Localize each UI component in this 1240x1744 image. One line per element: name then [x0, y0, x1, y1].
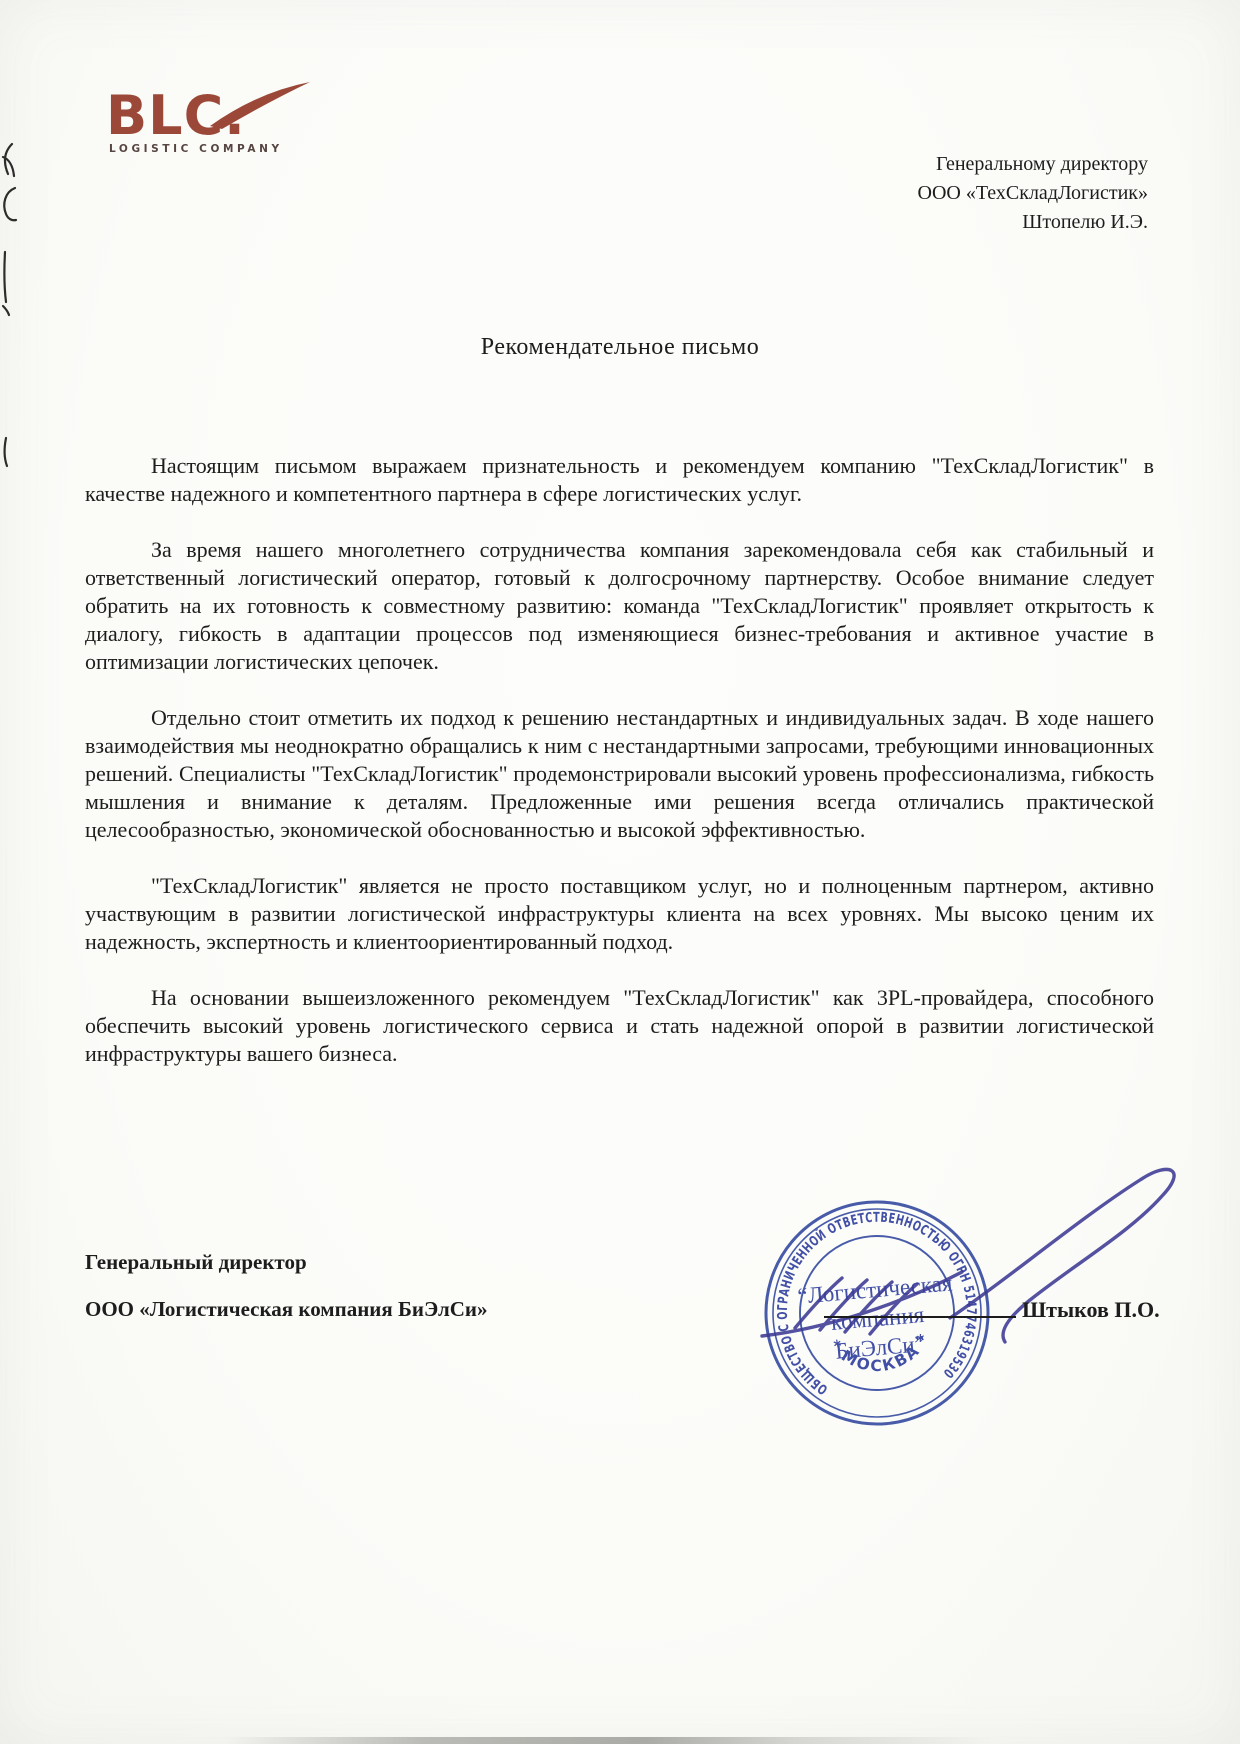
- logo-swoosh-icon: [210, 82, 314, 130]
- handwritten-pen-marks: [0, 130, 26, 490]
- recipient-line: Генеральному директору: [918, 150, 1149, 179]
- company-logo: BLC. LOGISTIC COMPANY: [106, 90, 326, 155]
- scan-edge-artifact: [0, 1737, 1240, 1744]
- letter-body: Настоящим письмом выражаем признательнос…: [85, 452, 1154, 1096]
- recipient-line: Штопелю И.Э.: [918, 208, 1149, 237]
- letter-title: Рекомендательное письмо: [0, 334, 1240, 361]
- letter-paragraph: "ТехСкладЛогистик" является не просто по…: [85, 872, 1154, 956]
- letter-paragraph: На основании вышеизложенного рекомендуем…: [85, 984, 1154, 1068]
- signer-position: Генеральный директор: [85, 1250, 488, 1274]
- recipient-line: ООО «ТехСкладЛогистик»: [918, 179, 1149, 208]
- signature-line: [824, 1316, 1016, 1318]
- signature-block: Генеральный директор ООО «Логистическая …: [85, 1250, 488, 1321]
- signature-ink: [700, 1150, 1200, 1365]
- letter-paragraph: Отдельно стоит отметить их подход к реше…: [85, 704, 1154, 844]
- recipient-block: Генеральному директору ООО «ТехСкладЛоги…: [918, 150, 1149, 237]
- letter-paragraph: За время нашего многолетнего сотрудничес…: [85, 536, 1154, 676]
- signer-company: ООО «Логистическая компания БиЭлСи»: [85, 1297, 488, 1321]
- signer-name: Штыков П.О.: [1022, 1297, 1160, 1323]
- letter-page: BLC. LOGISTIC COMPANY Генеральному дирек…: [0, 0, 1240, 1744]
- letter-paragraph: Настоящим письмом выражаем признательнос…: [85, 452, 1154, 508]
